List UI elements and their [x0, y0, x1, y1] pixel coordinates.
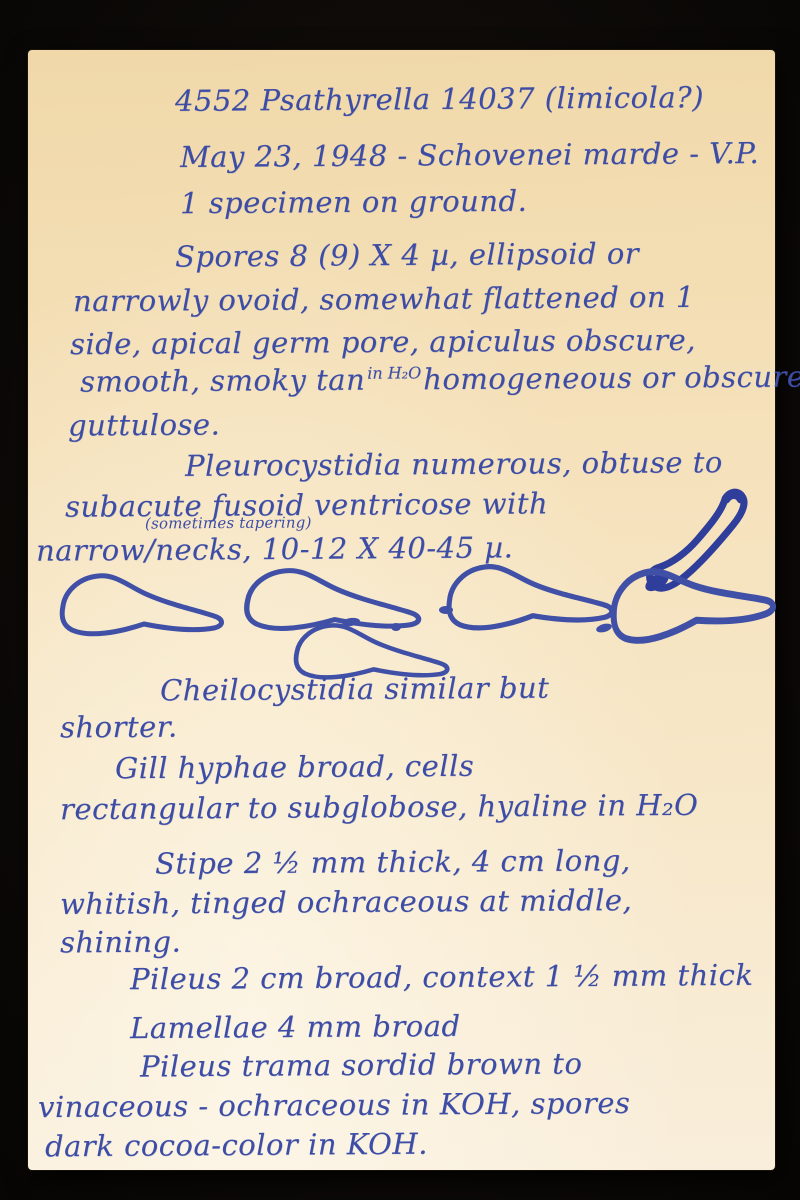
cystidium-sketch-2 [246, 570, 419, 631]
line-collection-title: 4552 Psathyrella 14037 (limicola?) [175, 80, 704, 118]
line-pleurocystidia-insertion: (sometimes tapering) [145, 513, 312, 532]
line-cheilocystidia-2: shorter. [60, 710, 178, 745]
cystidia-sketch-row [56, 552, 766, 677]
ink-spot-1 [439, 606, 453, 614]
line-spores-2: narrowly ovoid, somewhat flattened on 1 [73, 280, 695, 318]
line-spores-4: smooth, smoky tanin H₂Ohomogeneous or ob… [80, 359, 800, 398]
cystidium-sketch-4 [609, 553, 775, 645]
line-spores-3: side, apical germ pore, apiculus obscure… [70, 323, 696, 361]
line-trama-3: dark cocoa-color in KOH. [45, 1127, 428, 1164]
cystidium-tip-cap [726, 495, 741, 500]
spores-4-text: smooth, smoky tan [80, 363, 365, 399]
line-date-location: May 23, 1948 - Schovenei marde - V.P. [180, 136, 759, 174]
line-specimen: 1 specimen on ground. [180, 184, 527, 220]
line-gill-1: Gill hyphae broad, cells [115, 749, 474, 786]
line-pileus-1: Pileus 2 cm broad, context 1 ½ mm thick [130, 958, 754, 996]
line-gill-2: rectangular to subglobose, hyaline in H₂… [60, 788, 699, 826]
spores-4-text-cont: homogeneous or obscurely [423, 359, 800, 396]
photo-black-background: { "colors": { "background": "#100d0a", "… [0, 0, 800, 1200]
line-lamellae: Lamellae 4 mm broad [130, 1009, 461, 1045]
line-stipe-1: Stipe 2 ½ mm thick, 4 cm long, [155, 843, 631, 880]
handwritten-note-card: 4552 Psathyrella 14037 (limicola?) May 2… [28, 50, 775, 1170]
spores-4-superscript: in H₂O [367, 364, 421, 383]
line-trama-1: Pileus trama sordid brown to [140, 1046, 583, 1083]
line-spores-5: guttulose. [68, 407, 220, 442]
line-cheilocystidia-1: Cheilocystidia similar but [160, 671, 550, 708]
ink-spot-2 [595, 622, 613, 634]
cystidium-sketch-3 [448, 562, 612, 629]
line-trama-2: vinaceous - ochraceous in KOH, spores [38, 1086, 631, 1124]
line-stipe-3: shining. [60, 925, 181, 960]
line-stipe-2: whitish, tinged ochraceous at middle, [60, 883, 632, 921]
line-spores-1: Spores 8 (9) X 4 µ, ellipsoid or [175, 236, 639, 273]
cystidium-sketch-1 [62, 576, 221, 634]
ink-spot-4 [391, 623, 401, 631]
